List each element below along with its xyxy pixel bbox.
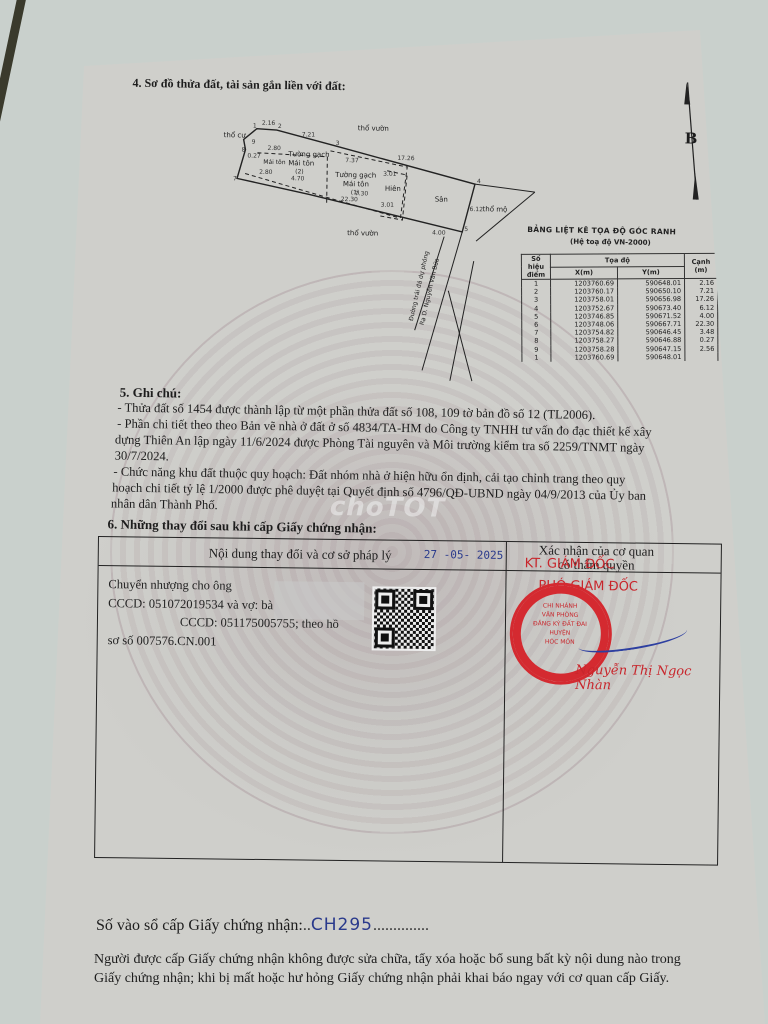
svg-text:3: 3 xyxy=(336,140,340,147)
warning-text: Người được cấp Giấy chứng nhận không đượ… xyxy=(94,950,681,988)
coord-cell-y: 590673.40 xyxy=(618,304,685,313)
building-2-number: (2) xyxy=(295,168,304,175)
col-point: Số hiệu điểm xyxy=(521,254,550,279)
map-label-east: thổ mộ xyxy=(483,205,508,213)
svg-text:5: 5 xyxy=(464,226,468,233)
register-label: Số vào sổ cấp Giấy chứng nhận: xyxy=(96,917,303,934)
qr-finder-icon xyxy=(413,590,433,610)
coord-cell-point: 1 xyxy=(522,354,551,362)
coord-cell-point: 8 xyxy=(522,337,551,345)
point-1-label: 1 xyxy=(253,123,257,130)
coord-cell-point: 3 xyxy=(522,296,551,304)
coord-cell-edge: 4.00 xyxy=(685,312,718,320)
building-1-wall: Tường gạch xyxy=(335,171,376,180)
col-content-header: Nội dung thay đổi và cơ sở pháp lý xyxy=(209,545,392,563)
svg-text:3.01: 3.01 xyxy=(383,171,397,178)
qr-finder-icon xyxy=(375,589,395,609)
coordinate-table: Số hiệu điểm Tọa độ Cạnh (m) X(m) Y(m) 1… xyxy=(521,253,719,362)
land-plot-map: 1 2 3 4 5 7 8 9 2.16 7.21 17.26 22.30 4.… xyxy=(8,0,768,6)
coord-cell-y: 590656.98 xyxy=(618,295,685,304)
porch-label: Hiên xyxy=(385,185,401,193)
change-line-4: sơ số 007576.CN.001 xyxy=(108,631,339,652)
register-value: CH295 xyxy=(311,915,373,935)
map-label-west: thổ cư xyxy=(224,131,246,139)
svg-text:4.00: 4.00 xyxy=(432,229,446,236)
building-1-roof: Mái tôn xyxy=(343,180,369,188)
note-line-7: nhân dân Thành Phố. xyxy=(111,495,218,513)
coord-cell-point: 2 xyxy=(522,288,551,296)
map-label-south: thổ vườn xyxy=(347,229,378,237)
svg-text:9: 9 xyxy=(252,139,256,146)
coord-cell-point: 4 xyxy=(522,304,551,312)
warning-line-2: Giấy chứng nhận; khi bị mất hoặc hư hỏng… xyxy=(94,969,681,988)
coord-cell-edge: 2.16 xyxy=(685,278,718,287)
small-roof-label: Mái tôn xyxy=(263,159,285,166)
coord-cell-x: 1203758.01 xyxy=(551,296,618,305)
col-edge: Cạnh (m) xyxy=(684,253,717,278)
coord-cell-edge: 2.56 xyxy=(685,344,718,352)
chotot-watermark: choTOT xyxy=(330,492,446,524)
qr-code[interactable] xyxy=(372,586,437,651)
warning-line-1: Người được cấp Giấy chứng nhận không đượ… xyxy=(94,950,681,969)
svg-text:2.80: 2.80 xyxy=(267,145,281,152)
column-divider xyxy=(502,542,507,862)
coord-table-subtitle: (Hệ toạ độ VN-2000) xyxy=(570,238,651,247)
coord-cell-y: 590648.01 xyxy=(618,279,685,288)
coord-cell-edge: 7.21 xyxy=(685,287,718,295)
section6-title: 6. Những thay đổi sau khi cấp Giấy chứng… xyxy=(107,516,376,536)
background-cable xyxy=(0,0,27,129)
col-y: Y(m) xyxy=(617,266,684,279)
coord-cell-point: 1 xyxy=(522,279,551,288)
changes-table: Nội dung thay đổi và cơ sở pháp lý 27 -0… xyxy=(94,536,722,866)
coord-cell-y: 590647.15 xyxy=(618,345,685,354)
svg-text:8: 8 xyxy=(241,146,245,153)
svg-text:7: 7 xyxy=(233,175,237,182)
coord-cell-edge: 0.27 xyxy=(685,336,718,344)
coord-cell-edge: 3.48 xyxy=(685,328,718,336)
coord-cell-x: 1203758.28 xyxy=(551,345,618,354)
svg-text:2.16: 2.16 xyxy=(262,120,276,127)
qr-finder-icon xyxy=(375,627,395,647)
coord-cell-edge: 17.26 xyxy=(685,295,718,303)
coord-row: 11203760.69590648.01 xyxy=(522,353,718,362)
coord-cell-point: 6 xyxy=(522,321,551,329)
svg-text:7.37: 7.37 xyxy=(345,157,359,164)
north-arrow-icon: B xyxy=(685,129,698,147)
stamp-title-1: KT. GIÁM ĐỐC xyxy=(525,556,615,572)
signer-name: Nguyễn Thị Ngọc Nhàn xyxy=(575,663,719,695)
coord-cell-x: 1203758.27 xyxy=(551,337,618,346)
svg-text:17.26: 17.26 xyxy=(397,155,414,162)
col-x: X(m) xyxy=(550,266,617,279)
svg-text:7.21: 7.21 xyxy=(302,131,316,138)
coord-cell-y: 590648.01 xyxy=(618,353,685,362)
coord-cell-point: 9 xyxy=(522,345,551,353)
building-1-number: (1) xyxy=(351,189,360,196)
seal-line-3: ĐĂNG KÝ ĐẤT ĐAI xyxy=(527,619,593,629)
coord-cell-edge: 22.30 xyxy=(685,320,718,328)
redacted-name xyxy=(274,581,364,620)
building-2-roof: Mái tôn xyxy=(288,159,314,167)
coord-cell-y: 590646.88 xyxy=(618,336,685,345)
svg-text:2: 2 xyxy=(278,123,282,130)
col-coords: Tọa độ xyxy=(550,254,684,267)
svg-text:2.80: 2.80 xyxy=(259,169,273,176)
coord-cell-point: 5 xyxy=(522,313,551,321)
coord-cell-point: 7 xyxy=(522,329,551,337)
svg-text:6.12: 6.12 xyxy=(470,206,484,213)
building-2-wall: Tường gạch xyxy=(288,150,329,159)
certificate-page: 4. Sơ đồ thửa đất, tài sản gắn liền với … xyxy=(0,0,768,1024)
svg-text:3.01: 3.01 xyxy=(381,202,395,209)
map-label-north: thổ vườn xyxy=(358,124,389,132)
register-number-row: Số vào sổ cấp Giấy chứng nhận:..CH295...… xyxy=(96,915,429,935)
note-line-4: 30/7/2024. xyxy=(115,448,169,465)
coord-cell-x: 1203752.67 xyxy=(551,304,618,313)
coord-cell-edge xyxy=(685,353,718,361)
date-stamp: 27 -05- 2025 xyxy=(424,548,504,562)
coord-cell-edge: 6.12 xyxy=(685,303,718,311)
svg-text:4.70: 4.70 xyxy=(291,175,305,182)
svg-text:4: 4 xyxy=(477,178,481,185)
coord-cell-x: 1203760.69 xyxy=(551,353,618,362)
yard-label: Sân xyxy=(435,196,448,204)
coord-cell-x: 1203760.69 xyxy=(551,279,618,288)
svg-text:0.27: 0.27 xyxy=(247,153,261,160)
